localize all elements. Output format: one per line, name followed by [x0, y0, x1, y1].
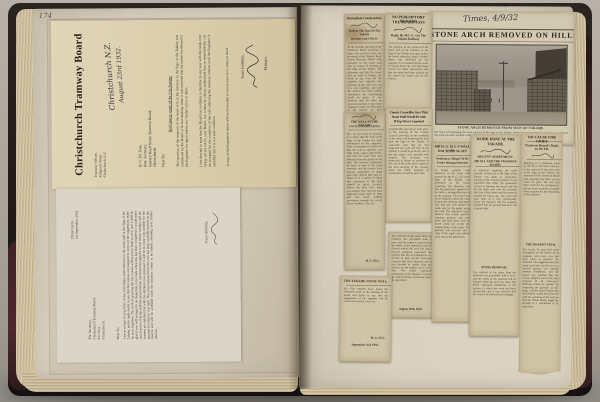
- letter-closing: Yours faithfully,: [240, 54, 245, 78]
- c9-body-1: Replying to a statement made by Mr H. G.…: [523, 162, 560, 242]
- c8-handwritten-scrawl-icon: [480, 148, 512, 155]
- c8-body-1: A statement regarding the work recently …: [473, 169, 517, 264]
- c2-body: The question of the removal of the stone…: [388, 46, 429, 106]
- clipping-editor-letter: THE TAKAHE STONE WALL. Sir,—The trustees…: [339, 275, 392, 362]
- c9-headline: NO CAUSE FOR GRIEF: [522, 135, 562, 144]
- c8-subhead-1: RECENT AGREEMENT.: [472, 155, 520, 159]
- clipping-immediate-construction: Immediate Construction Wall At The Sign …: [344, 14, 385, 126]
- c1-rule: [348, 43, 385, 44]
- left-page: 174 Christchurch Tramway Board Tramway O…: [33, 7, 300, 379]
- clipping-wall-letter: THE WALL AT THE TAKAHE POSITION EXPLAINE…: [344, 112, 385, 270]
- c6-rule: [346, 285, 392, 286]
- photo-source-annotation: Times, 4/9/32: [463, 12, 518, 23]
- stone-arch-photo: [435, 44, 568, 126]
- copy-letter-content: Christchurch, 1st September, 1932. The S…: [56, 187, 241, 362]
- board-letter: Christchurch Tramway Board Tramway Offic…: [51, 19, 296, 189]
- c9-body-2: The board, he said, had acted throughout…: [522, 248, 559, 368]
- photo-pole: [503, 61, 504, 110]
- clipping-wall-doubted: MR H. G. ELL'S WALL IS DOUBTED AGAIN Pet…: [432, 142, 473, 322]
- c7-subhead-2: Under Misapprehension: [433, 162, 472, 165]
- clipping-no-peremptory-demand: NO PEREMPTORY DEMAND THE BOARD SAYS Repl…: [384, 13, 432, 109]
- handwritten-date: August 23rd 1932.: [114, 46, 124, 103]
- c4-body: The removal of the stone from the roadwa…: [391, 235, 432, 305]
- c9-rule-2: [527, 159, 563, 160]
- copy-letter-signature-scrawl-icon: [209, 211, 220, 246]
- c2-headline-2: THE BOARD SAYS: [386, 20, 431, 25]
- c5-body: Sir,—In your issue of Saturday it is sta…: [347, 133, 382, 258]
- c8-headline-2: TAKAHE.: [472, 142, 520, 147]
- clipping-continuation: The removal of the stone from the roadwa…: [387, 232, 435, 319]
- copy-letter-salutation: Dear Sir,: [116, 327, 120, 340]
- copy-letter-header: Christchurch, 1st September, 1932.: [70, 210, 79, 239]
- c6-signature: H. G. ELL.: [371, 337, 385, 340]
- manager-signature-scrawl-icon: [245, 43, 262, 89]
- c7-headline-2: DOUBTED AGAIN: [433, 150, 472, 154]
- c3-rule: [390, 125, 432, 126]
- copy-letter: Christchurch, 1st September, 1932. The S…: [56, 187, 241, 362]
- c4-footer-date: August 30th, 1932.: [388, 308, 433, 312]
- c5-handwritten-scrawl-icon: [351, 114, 377, 120]
- letter-body-2: I am directed to state that the Board ha…: [198, 35, 217, 167]
- letterhead: Christchurch Tramway Board: [72, 21, 86, 189]
- c1-subhead-1: Wall At The Sign Of The Takahe: [345, 30, 383, 37]
- scrapbook-photo: 174 Christchurch Tramway Board Tramway O…: [0, 0, 600, 402]
- photo-fence-post-3: [499, 99, 500, 103]
- copy-letter-sheet: Christchurch, 1st September, 1932. The S…: [56, 187, 241, 362]
- clipping-work-done-takahe: WORK DONE AT THE TAKAHE. RECENT AGREEMEN…: [469, 134, 521, 336]
- copy-letter-recipient: The Secretary, Christchurch Tramway Boar…: [88, 297, 106, 340]
- c6-date: September 3rd, 1932.: [340, 343, 390, 347]
- c3-headline-3: If Top Were Cemented: [386, 120, 431, 124]
- c1-headline: Immediate Construction: [345, 17, 383, 21]
- c7-rule-2: [437, 167, 473, 168]
- c5-headline-2: POSITION EXPLAINED: [345, 125, 384, 128]
- photo-clipping: Times, 4/9/32 STONE ARCH REMOVED ON HILL…: [428, 11, 575, 145]
- photo-building-roof: [535, 48, 566, 83]
- c9-handwritten-scrawl-icon: [531, 152, 555, 158]
- c7-subhead-1: Petitioners Alleged To Be: [433, 158, 472, 161]
- c2-rule: [389, 43, 432, 44]
- c5-signature: H. G. ELL.: [366, 260, 380, 263]
- letter-body-3: A copy of the Engineer's report will be …: [225, 35, 230, 167]
- photo-fence-post-1: [483, 97, 484, 101]
- board-letter-sheet: Christchurch Tramway Board Tramway Offic…: [51, 19, 296, 189]
- signer-title: Manager.: [263, 56, 268, 70]
- c7-rule-1: [437, 155, 473, 156]
- c6-body: Sir,—The trustees have noted the stateme…: [343, 287, 388, 336]
- c3-headline-1: County Councillor Says That: [386, 111, 431, 115]
- photo-headline: STONE ARCH REMOVED ON HILLS :: CU: [430, 31, 574, 41]
- photo-clipping-content: Times, 4/9/32 STONE ARCH REMOVED ON HILL…: [429, 12, 574, 144]
- letter-body-1: The question of the removal of the stone…: [175, 35, 189, 167]
- c1-subhead-2: BOARD'S DECISION: [345, 38, 383, 41]
- photo-caption-title: STONE ARCH REMOVED FROM SIGN OF TAKAHE.: [429, 126, 573, 131]
- clipping-no-cause-for-grief: NO CAUSE FOR GRIEF Tramway Board's Reply…: [518, 132, 563, 374]
- c7-body: A further petition with reference to the…: [435, 169, 470, 318]
- c3-body: Considerable discussion took place at th…: [389, 128, 429, 218]
- photo-fence-post-2: [491, 98, 492, 102]
- copy-letter-closing: Yours faithfully,: [204, 221, 208, 244]
- photo-roadway: [436, 111, 566, 125]
- copy-letter-body: I am in receipt of your letter of the 23…: [122, 211, 159, 339]
- c6-headline: THE TAKAHE STONE WALL.: [341, 279, 391, 283]
- c8-midhead: STONE REMOVAL.: [471, 266, 519, 270]
- c2-subhead: Reply By M.C.C. On The Takahe Railway: [388, 34, 429, 42]
- c1-handwritten-scrawl-icon: [350, 22, 378, 29]
- photo-pole-crossbar: [499, 63, 508, 64]
- letter-subject: Replying to yours of the 21st August:: [167, 20, 173, 188]
- headline-bottom-rule: [430, 41, 574, 43]
- letter-recipient: H. G. Ell, Esq., Hon. Secretary, Summit …: [137, 110, 157, 167]
- letter-salutation: Dear Sir,: [161, 154, 166, 167]
- c9-midhead: THE BOARD'S VIEW.: [521, 243, 561, 247]
- right-page: 167 Times, 4/9/32 STONE ARCH REMOVED ON …: [299, 5, 573, 388]
- c3-headline-2: Stone Wall Would Be Safe: [386, 115, 431, 119]
- clipping-county-councillor: County Councillor Says That Stone Wall W…: [385, 108, 432, 222]
- c5-rule: [349, 130, 385, 131]
- c2-handwritten-scrawl-icon: [393, 26, 423, 33]
- board-letter-content: Christchurch Tramway Board Tramway Offic…: [51, 19, 296, 189]
- c8-body-2: The removal of the stone from the roadwa…: [472, 271, 516, 331]
- c9-subhead: Tramway Board's Reply to Mr Ell.: [524, 144, 560, 152]
- letterhead-office-block: Tramway Offices, Falsgrave Street, Chris…: [94, 151, 108, 177]
